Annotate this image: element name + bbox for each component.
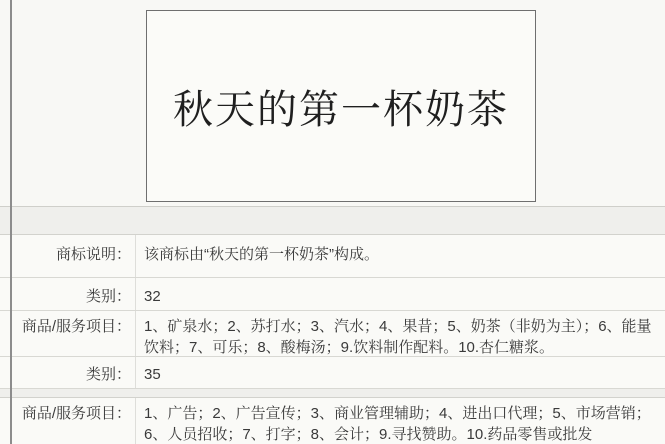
- field-label-category: 类别：: [0, 357, 136, 388]
- field-value-category: 35: [136, 357, 665, 388]
- field-value-category: 32: [136, 278, 665, 310]
- field-row-category-35: 类别： 35: [0, 357, 665, 389]
- field-value-trademark-description: 该商标由“秋天的第一杯奶茶”构成。: [136, 235, 665, 277]
- section-gap: [0, 207, 665, 235]
- trademark-detail-document: 秋天的第一杯奶茶 商标说明： 该商标由“秋天的第一杯奶茶”构成。 类别： 32 …: [0, 0, 665, 444]
- field-row-trademark-description: 商标说明： 该商标由“秋天的第一杯奶茶”构成。: [0, 235, 665, 278]
- field-label-category: 类别：: [0, 278, 136, 310]
- trademark-name-text: 秋天的第一杯奶茶: [173, 78, 509, 135]
- field-label-goods-services: 商品/服务项目：: [0, 398, 136, 444]
- field-row-goods-services-35: 商品/服务项目： 1、广告；2、广告宣传；3、商业管理辅助；4、进出口代理；5、…: [0, 398, 665, 444]
- field-label-goods-services: 商品/服务项目：: [0, 311, 136, 356]
- section-gap: [0, 389, 665, 398]
- field-value-goods-services: 1、广告；2、广告宣传；3、商业管理辅助；4、进出口代理；5、市场营销；6、人员…: [136, 398, 665, 444]
- field-row-category-32: 类别： 32: [0, 278, 665, 311]
- trademark-image-box: 秋天的第一杯奶茶: [146, 10, 536, 202]
- field-label-trademark-description: 商标说明：: [0, 235, 136, 277]
- left-border-line: [10, 0, 12, 444]
- field-value-goods-services: 1、矿泉水；2、苏打水；3、汽水；4、果昔；5、奶茶（非奶为主）；6、能量饮料；…: [136, 311, 665, 356]
- field-row-goods-services-32: 商品/服务项目： 1、矿泉水；2、苏打水；3、汽水；4、果昔；5、奶茶（非奶为主…: [0, 311, 665, 357]
- trademark-image-section: 秋天的第一杯奶茶: [0, 0, 665, 207]
